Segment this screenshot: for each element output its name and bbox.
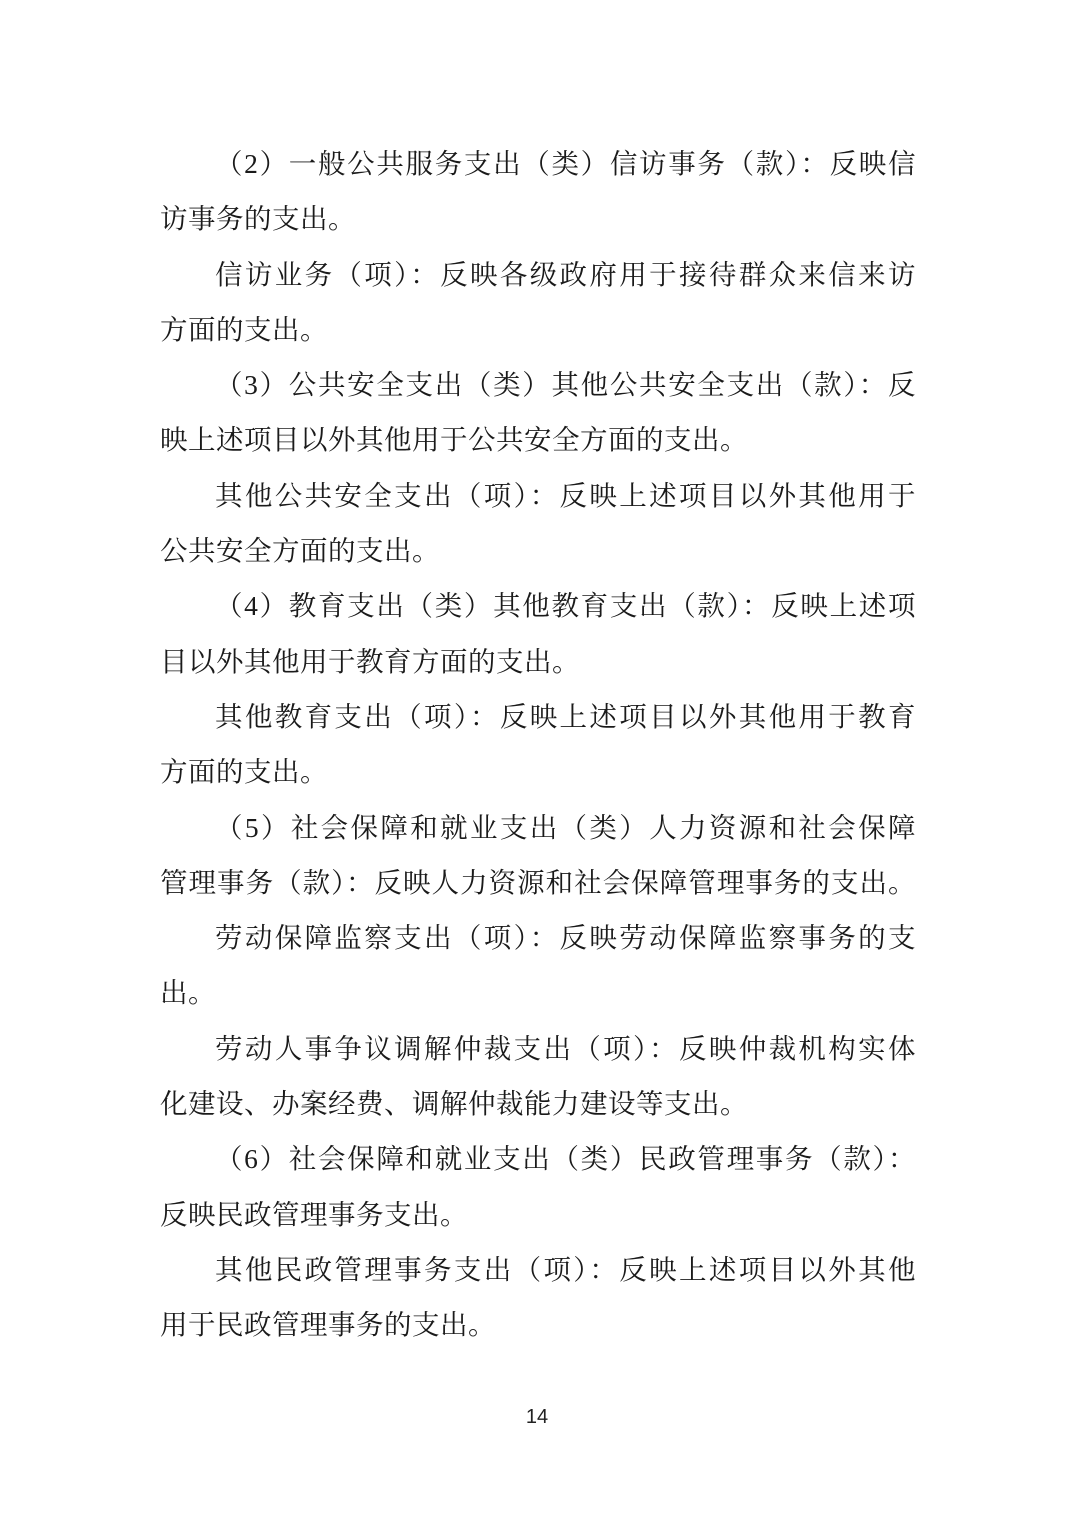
- paragraph: （2）一般公共服务支出（类）信访事务（款）：反映信 访事务的支出。: [160, 136, 916, 247]
- paragraph: （5）社会保障和就业支出（类）人力资源和社会保障 管理事务（款）：反映人力资源和…: [160, 800, 916, 911]
- document-line: （4）教育支出（类）其他教育支出（款）：反映上述项: [160, 578, 916, 633]
- document-line: 出。: [160, 965, 916, 1020]
- document-line: （5）社会保障和就业支出（类）人力资源和社会保障: [160, 800, 916, 855]
- document-line: 公共安全方面的支出。: [160, 523, 916, 578]
- document-line: 其他教育支出（项）：反映上述项目以外其他用于教育: [160, 689, 916, 744]
- paragraph: 劳动人事争议调解仲裁支出（项）：反映仲裁机构实体 化建设、办案经费、调解仲裁能力…: [160, 1021, 916, 1132]
- document-line: 劳动保障监察支出（项）：反映劳动保障监察事务的支: [160, 910, 916, 965]
- paragraph: （4）教育支出（类）其他教育支出（款）：反映上述项 目以外其他用于教育方面的支出…: [160, 578, 916, 689]
- paragraph: 信访业务（项）：反映各级政府用于接待群众来信来访 方面的支出。: [160, 247, 916, 358]
- document-line: 方面的支出。: [160, 302, 916, 357]
- document-page: （2）一般公共服务支出（类）信访事务（款）：反映信 访事务的支出。 信访业务（项…: [0, 0, 1074, 1520]
- document-line: 访事务的支出。: [160, 191, 916, 246]
- document-line: 其他民政管理事务支出（项）：反映上述项目以外其他: [160, 1242, 916, 1297]
- document-line: 反映民政管理事务支出。: [160, 1187, 916, 1242]
- document-line: 方面的支出。: [160, 744, 916, 799]
- document-line: （6）社会保障和就业支出（类）民政管理事务（款）：: [160, 1131, 916, 1186]
- paragraph: 其他公共安全支出（项）：反映上述项目以外其他用于 公共安全方面的支出。: [160, 468, 916, 579]
- document-line: （3）公共安全支出（类）其他公共安全支出（款）：反: [160, 357, 916, 412]
- page-number: 14: [0, 1406, 1074, 1429]
- document-line: 目以外其他用于教育方面的支出。: [160, 634, 916, 689]
- document-line: 化建设、办案经费、调解仲裁能力建设等支出。: [160, 1076, 916, 1131]
- document-line: 用于民政管理事务的支出。: [160, 1297, 916, 1352]
- paragraph: 其他民政管理事务支出（项）：反映上述项目以外其他 用于民政管理事务的支出。: [160, 1242, 916, 1353]
- paragraph: 劳动保障监察支出（项）：反映劳动保障监察事务的支 出。: [160, 910, 916, 1021]
- document-body: （2）一般公共服务支出（类）信访事务（款）：反映信 访事务的支出。 信访业务（项…: [160, 136, 916, 1353]
- document-line: 管理事务（款）：反映人力资源和社会保障管理事务的支出。: [160, 855, 916, 910]
- document-line: 劳动人事争议调解仲裁支出（项）：反映仲裁机构实体: [160, 1021, 916, 1076]
- paragraph: （6）社会保障和就业支出（类）民政管理事务（款）： 反映民政管理事务支出。: [160, 1131, 916, 1242]
- document-line: 映上述项目以外其他用于公共安全方面的支出。: [160, 412, 916, 467]
- document-line: （2）一般公共服务支出（类）信访事务（款）：反映信: [160, 136, 916, 191]
- document-line: 其他公共安全支出（项）：反映上述项目以外其他用于: [160, 468, 916, 523]
- paragraph: 其他教育支出（项）：反映上述项目以外其他用于教育 方面的支出。: [160, 689, 916, 800]
- paragraph: （3）公共安全支出（类）其他公共安全支出（款）：反 映上述项目以外其他用于公共安…: [160, 357, 916, 468]
- document-line: 信访业务（项）：反映各级政府用于接待群众来信来访: [160, 247, 916, 302]
